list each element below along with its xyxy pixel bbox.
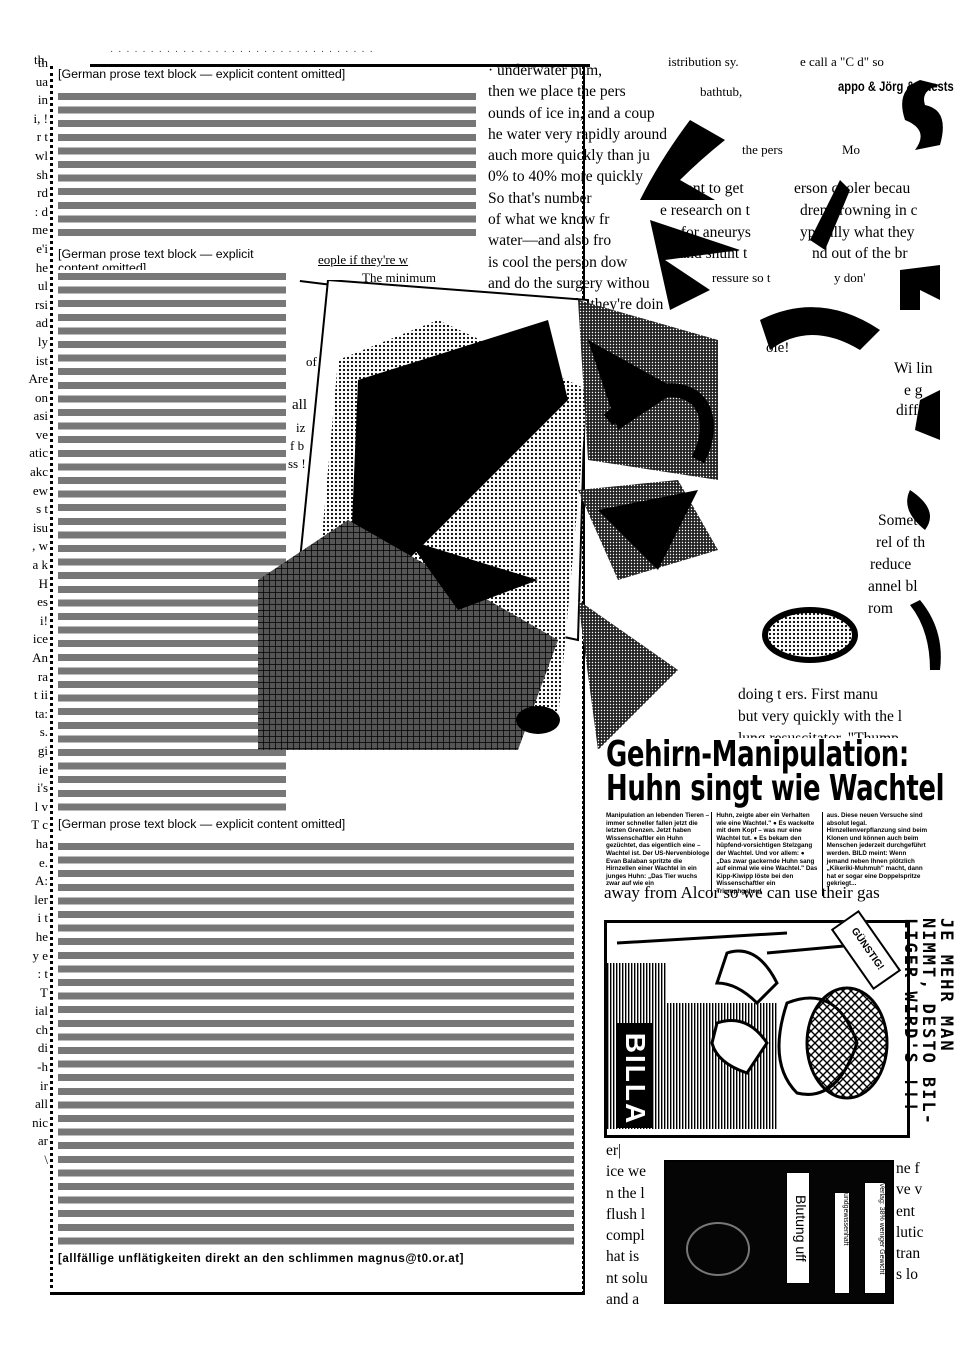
margin-fragment: T (0, 984, 48, 1003)
margin-fragment: s t (0, 500, 48, 519)
article-fragment: ne f (896, 1158, 956, 1179)
prose-placeholder: [German prose text block — explicit cont… (58, 68, 478, 82)
margin-fragment: wl (0, 147, 48, 166)
prose-placeholder: [German prose text block — explicit cont… (58, 818, 578, 832)
fragment-rom: rom (868, 598, 893, 619)
margin-fragment: gi (0, 742, 48, 761)
margin-fragment: ar (0, 1132, 48, 1151)
margin-fragment: isu (0, 519, 48, 538)
fragment-people: eople if they're w (318, 250, 408, 269)
margin-fragment: on (0, 389, 48, 408)
article-fragment: er| (606, 1140, 666, 1161)
under-news-line: away from Alcor so we can use their gas (604, 882, 880, 902)
caption-line-1: JE MEHR MAN (936, 918, 956, 1053)
article-fragment: flush l (606, 1204, 666, 1225)
lower-line-1: doing t ers. First manu (738, 684, 878, 705)
article-fragment: nt solu (606, 1268, 666, 1289)
margin-fragment: nic (0, 1114, 48, 1133)
prose-texture-narrow (58, 270, 286, 815)
margin-fragment: y e (0, 947, 48, 966)
margin-fragment: : d (0, 203, 48, 222)
margin-fragment: i! (0, 612, 48, 631)
margin-fragment: s. (0, 723, 48, 742)
caption-line-2: NIMMT, DESTO BIL- (918, 918, 938, 1126)
article-fragment: ve v (896, 1179, 956, 1200)
margin-fragment: ly (0, 333, 48, 352)
article-fragment: hat is (606, 1246, 666, 1267)
comic-panel: GÜNSTIG! BILLA (604, 920, 910, 1138)
prose-block-wide: [German prose text block — explicit cont… (58, 818, 578, 832)
margin-fragment: ch (0, 1021, 48, 1040)
fragment-reduce: reduce (870, 554, 911, 575)
fragment-eg: e g (904, 380, 923, 401)
fragment-annel: annel bl (868, 576, 918, 597)
margin-fragment: ra (0, 668, 48, 687)
margin-fragment: H (0, 575, 48, 594)
margin-fragment: he (0, 259, 48, 278)
margin-fragment: ua (0, 73, 48, 92)
photo-object (686, 1222, 750, 1276)
margin-fragment: ice (0, 630, 48, 649)
margin-fragment: a k (0, 556, 48, 575)
prose-texture-top (58, 90, 476, 240)
headline-line-1: Gehirn-Manipulation: (606, 738, 909, 772)
margin-fragment: es (0, 593, 48, 612)
photo-label-small: undgewissenhaft (834, 1192, 850, 1294)
margin-fragment: ler (0, 891, 48, 910)
billa-label: BILLA (619, 1029, 651, 1129)
margin-fragment: asi (0, 407, 48, 426)
billa-sign: BILLA (617, 1023, 653, 1128)
margin-fragment: i, ! (0, 110, 48, 129)
margin-fragment: th (0, 54, 48, 73)
top-scrap-text: · · · · · · · · · · · · · · · · · · · · … (110, 46, 374, 57)
margin-fragment: T c (0, 816, 48, 835)
photo-label-side: Verlag: 38% weniger Gewicht (864, 1182, 886, 1294)
margin-fragment: ie (0, 761, 48, 780)
margin-fragment: ha (0, 835, 48, 854)
fragment-somet: Somet (878, 510, 918, 531)
fragment-ole: ole! (766, 338, 789, 359)
lower-line-2: but very quickly with the l (738, 706, 902, 727)
margin-fragment: sh (0, 166, 48, 185)
fragment-diffi: diffi (896, 400, 922, 421)
margin-fragment: rd (0, 184, 48, 203)
caption-line-3: LIGER WIRD'S !!! (900, 918, 920, 1114)
margin-fragment: ta: (0, 705, 48, 724)
margin-fragment: e. (0, 854, 48, 873)
photo-label-main: Blutung uff (786, 1172, 810, 1284)
bottom-left-fragments: er|ice wen the lflush lcomplhat isnt sol… (606, 1140, 666, 1310)
left-margin-fragments: thuaini, !r twlshrd: dmee'iheulrsiadlyis… (0, 54, 48, 1170)
margin-fragment: Are (0, 370, 48, 389)
collage-ink-shapes (500, 60, 960, 760)
article-fragment: s lo (896, 1264, 956, 1285)
margin-fragment: in (0, 91, 48, 110)
margin-fragment: l v (0, 798, 48, 817)
margin-fragment: ul (0, 277, 48, 296)
article-fragment: lutic (896, 1222, 956, 1243)
author-signoff: [allfällige unflätigkeiten direkt an den… (58, 1253, 464, 1265)
margin-fragment: t ii (0, 686, 48, 705)
margin-fragment: i's (0, 779, 48, 798)
margin-fragment: -h (0, 1058, 48, 1077)
margin-fragment: all (0, 1095, 48, 1114)
bottom-right-fragments: ne fve ventlutictrans lo (896, 1158, 956, 1286)
prose-block-top: [German prose text block — explicit cont… (58, 68, 478, 82)
margin-fragment: : t (0, 965, 48, 984)
article-fragment: tran (896, 1243, 956, 1264)
margin-fragment: An (0, 649, 48, 668)
margin-fragment: he (0, 928, 48, 947)
comic-caption: JE MEHR MAN NIMMT, DESTO BIL- LIGER WIRD… (908, 918, 958, 1128)
margin-fragment: akc (0, 463, 48, 482)
margin-fragment: atic (0, 444, 48, 463)
margin-fragment: ir (0, 1077, 48, 1096)
margin-fragment: rsi (0, 296, 48, 315)
margin-fragment: di (0, 1039, 48, 1058)
margin-fragment: ew (0, 482, 48, 501)
margin-fragment: me (0, 221, 48, 240)
margin-fragment: A: (0, 872, 48, 891)
article-fragment: n the l (606, 1183, 666, 1204)
margin-fragment: ist (0, 352, 48, 371)
margin-fragment: i t (0, 909, 48, 928)
margin-fragment: ve (0, 426, 48, 445)
margin-fragment: ad (0, 314, 48, 333)
margin-fragment: e'i (0, 240, 48, 259)
fragment-wi-lin: Wi lin (894, 358, 933, 379)
article-fragment: ice we (606, 1161, 666, 1182)
margin-fragment: \ (0, 1151, 48, 1170)
product-photo: Blutung uff Verlag: 38% weniger Gewicht … (664, 1160, 894, 1304)
fragment-rel-of: rel of th (876, 532, 925, 553)
margin-fragment: , w (0, 537, 48, 556)
prose-texture-wide (58, 840, 574, 1245)
margin-fragment: ial (0, 1002, 48, 1021)
article-fragment: ent (896, 1201, 956, 1222)
article-fragment: compl (606, 1225, 666, 1246)
margin-fragment: r t (0, 128, 48, 147)
headline-line-2: Huhn singt wie Wachtel (606, 772, 944, 806)
article-fragment: and a (606, 1289, 666, 1310)
